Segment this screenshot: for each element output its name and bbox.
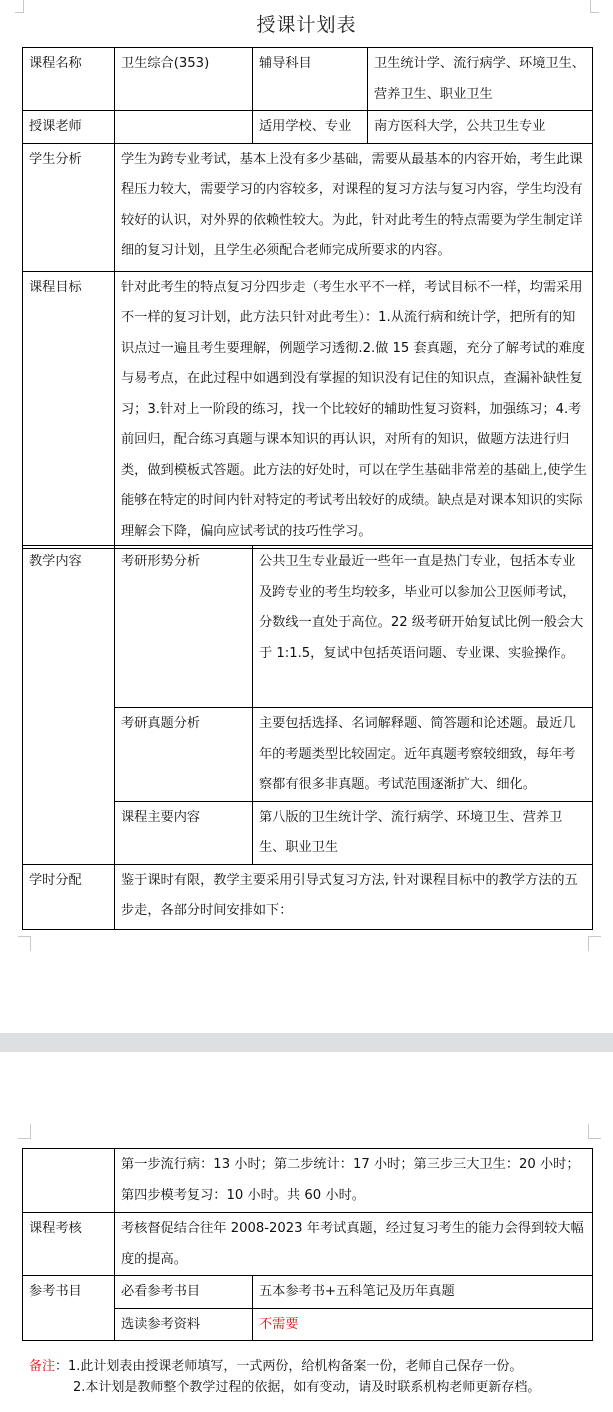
notes-line-1: 备注：1.此计划表由授课老师填写，一式两份，给机构备案一份，老师自己保存一份。 — [29, 1356, 540, 1377]
books-label: 参考书目 — [23, 1276, 115, 1341]
plan-table-page-1: 课程名称 卫生综合(353) 辅导科目 卫生统计学、流行病学、环境卫生、营养卫生… — [22, 47, 593, 549]
school-label: 适用学校、专业 — [253, 111, 368, 144]
hours-value: 鉴于课时有限，教学主要采用引导式复习方法, 针对课程目标中的教学方法的五步走，各… — [115, 864, 593, 929]
hours-label-continued — [23, 1149, 115, 1213]
notes-colon: ： — [55, 1359, 68, 1374]
course-goal-label: 课程目标 — [23, 271, 115, 548]
exam-value: 考核督促结合往年 2008-2023 年考试真题，经过复习考生的能力会得到较大幅… — [115, 1213, 593, 1276]
books-optional-value: 不需要 — [253, 1308, 593, 1341]
course-name-label: 课程名称 — [23, 48, 115, 111]
crop-mark-top-right-p2 — [588, 1124, 601, 1139]
row-hours: 学时分配 鉴于课时有限，教学主要采用引导式复习方法, 针对课程目标中的教学方法的… — [23, 864, 593, 929]
document-title: 授课计划表 — [0, 10, 613, 37]
course-name-value: 卫生综合(353) — [115, 48, 253, 111]
student-analysis-label: 学生分析 — [23, 143, 115, 271]
school-value: 南方医科大学，公共卫生专业 — [368, 111, 593, 144]
hours-label: 学时分配 — [23, 864, 115, 929]
row-content-situation: 教学内容 考研形势分析 公共卫生专业最近一些年一直是热门专业，包括本专业及跨专业… — [23, 546, 593, 708]
page-break-gap — [0, 1033, 613, 1052]
row-student-analysis: 学生分析 学生为跨专业考试，基本上没有多少基础，需要从最基本的内容开始，考生此课… — [23, 143, 593, 271]
content-item-label: 考研形势分析 — [115, 546, 253, 708]
row-books-required: 参考书目 必看参考书目 五本参考书+五科笔记及历年真题 — [23, 1276, 593, 1309]
hours-breakdown-value: 第一步流行病：13 小时；第二步统计：17 小时；第三步三大卫生：20 小时；第… — [115, 1149, 593, 1213]
books-required-value: 五本参考书+五科笔记及历年真题 — [253, 1276, 593, 1309]
course-goal-value: 针对此考生的特点复习分四步走（考生水平不一样，考试目标不一样，均需采用不一样的复… — [115, 271, 593, 548]
content-item-value: 公共卫生专业最近一些年一直是热门专业，包括本专业及跨专业的考生均较多，毕业可以参… — [253, 546, 593, 708]
content-item-value: 第八版的卫生统计学、流行病学、环境卫生、营养卫生、职业卫生 — [253, 801, 593, 864]
content-item-label: 课程主要内容 — [115, 801, 253, 864]
books-required-label: 必看参考书目 — [115, 1276, 253, 1309]
books-optional-label: 选读参考资料 — [115, 1308, 253, 1341]
row-course-name: 课程名称 卫生综合(353) 辅导科目 卫生统计学、流行病学、环境卫生、营养卫生… — [23, 48, 593, 111]
notes-text-1: 1.此计划表由授课老师填写，一式两份，给机构备案一份，老师自己保存一份。 — [68, 1359, 522, 1374]
notes-prefix: 备注 — [29, 1359, 55, 1374]
content-item-label: 考研真题分析 — [115, 708, 253, 802]
crop-mark-top-left-p2 — [18, 1124, 31, 1139]
teacher-value — [115, 111, 253, 144]
content-item-value: 主要包括选择、名词解释题、简答题和论述题。最近几年的考题类型比较固定。近年真题考… — [253, 708, 593, 802]
subject-value: 卫生统计学、流行病学、环境卫生、营养卫生、职业卫生 — [368, 48, 593, 111]
subject-label: 辅导科目 — [253, 48, 368, 111]
crop-mark-bottom-left — [18, 936, 31, 951]
notes-line-2: 2.本计划是教师整个教学过程的依据，如有变动，请及时联系机构老师更新存档。 — [29, 1377, 540, 1398]
exam-label: 课程考核 — [23, 1213, 115, 1276]
crop-mark-bottom-right — [588, 936, 601, 951]
teaching-content-label: 教学内容 — [23, 546, 115, 865]
teacher-label: 授课老师 — [23, 111, 115, 144]
row-exam: 课程考核 考核督促结合往年 2008-2023 年考试真题，经过复习考生的能力会… — [23, 1213, 593, 1276]
student-analysis-value: 学生为跨专业考试，基本上没有多少基础，需要从最基本的内容开始，考生此课程压力较大… — [115, 143, 593, 271]
notes: 备注：1.此计划表由授课老师填写，一式两份，给机构备案一份，老师自己保存一份。 … — [29, 1356, 540, 1398]
row-course-goal: 课程目标 针对此考生的特点复习分四步走（考生水平不一样，考试目标不一样，均需采用… — [23, 271, 593, 548]
teaching-content-table: 教学内容 考研形势分析 公共卫生专业最近一些年一直是热门专业，包括本专业及跨专业… — [22, 545, 593, 930]
plan-table-page-2: 第一步流行病：13 小时；第二步统计：17 小时；第三步三大卫生：20 小时；第… — [22, 1148, 593, 1341]
row-teacher: 授课老师 适用学校、专业 南方医科大学，公共卫生专业 — [23, 111, 593, 144]
row-hours-continued: 第一步流行病：13 小时；第二步统计：17 小时；第三步三大卫生：20 小时；第… — [23, 1149, 593, 1213]
